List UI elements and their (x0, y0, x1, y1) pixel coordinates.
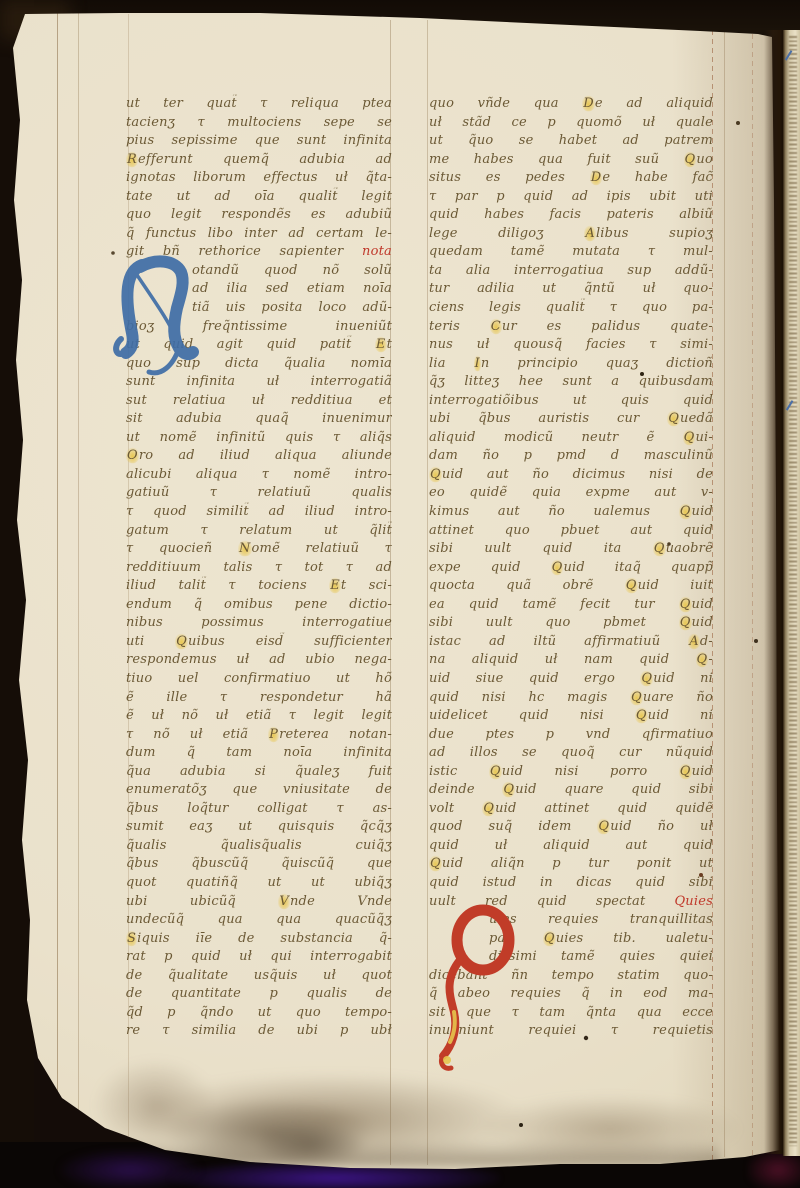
manuscript-photo: ut ter quat̃ τ reliqua pteatacienʒ τ mul… (0, 0, 800, 1188)
violet-cloth-patch (60, 1150, 200, 1188)
blue-pen-mark (786, 400, 800, 415)
stain-layer (0, 0, 800, 1188)
next-page-edge-text (789, 36, 797, 1146)
blue-pen-mark (785, 50, 799, 65)
next-page-edge (783, 30, 800, 1156)
binding-gutter-shadow (764, 30, 784, 1154)
parchment-page: ut ter quat̃ τ reliqua pteatacienʒ τ mul… (0, 0, 800, 1188)
fly-specks (0, 0, 2, 2)
